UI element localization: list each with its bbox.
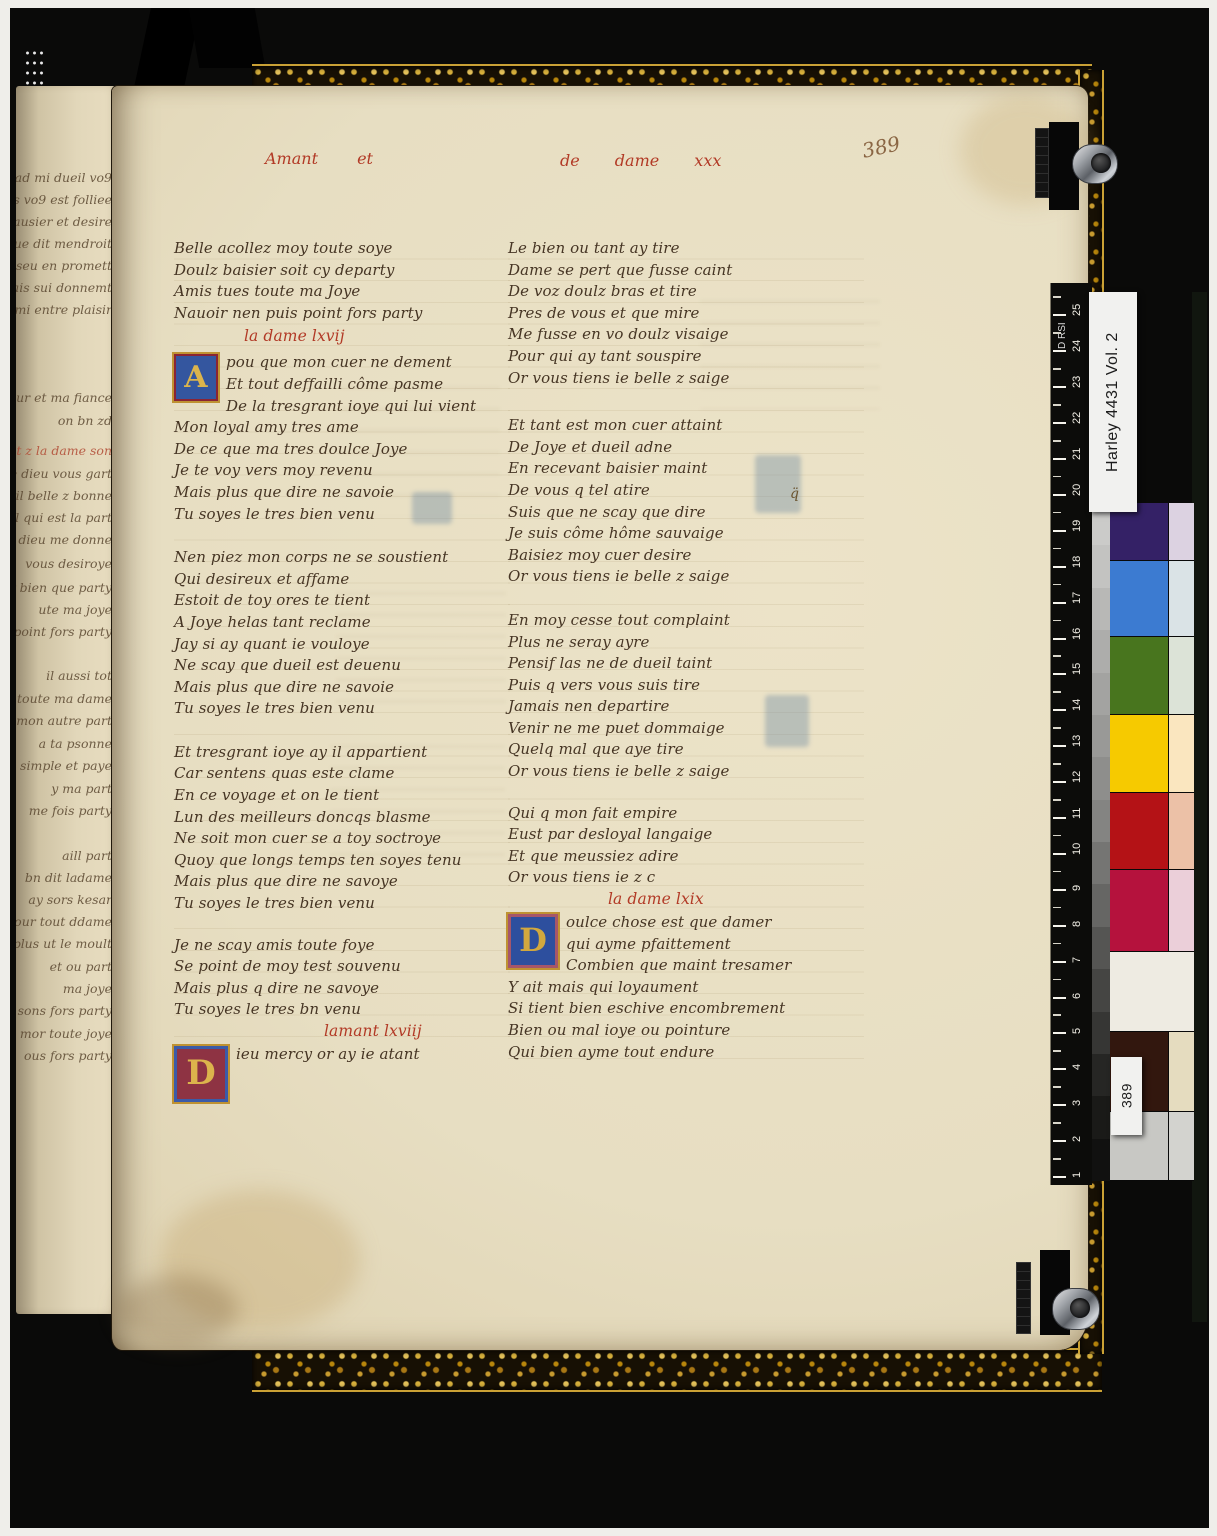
stanza: Nen piez mon corps ne se soustientQui de… xyxy=(174,547,504,720)
grayscale-strip xyxy=(1092,503,1110,1181)
stanza: Le bien ou tant ay tireDame se pert que … xyxy=(508,238,868,389)
color-patch xyxy=(1110,561,1168,636)
stanza: Et tresgrant ioye ay il appartientCar se… xyxy=(174,742,504,915)
facing-fragment-line: ers mon cuer quad mi dueil vo9 xyxy=(16,170,112,186)
grayscale-step xyxy=(1092,1054,1110,1096)
ruler-top-label: D RSI xyxy=(1057,289,1068,349)
ruler-tick xyxy=(1053,602,1066,604)
verse-line: Le bien ou tant ay tire xyxy=(508,238,868,260)
verse-line: Venir ne me puet dommaige xyxy=(508,718,868,740)
ruler-halftick xyxy=(1053,1158,1061,1160)
ruler-halftick xyxy=(1053,548,1061,550)
ruler-number: 5 xyxy=(1071,1014,1085,1034)
facing-fragment-line: ay sors kesar xyxy=(28,892,112,908)
facing-page-fragments: ers mon cuer quad mi dueil vo9rtes vo9 e… xyxy=(16,86,118,1314)
facing-fragment-line: mor toute joye xyxy=(20,1026,112,1042)
verse-line: Jamais nen departire xyxy=(508,696,868,718)
verse-line: Qui bien ayme tout endure xyxy=(508,1042,868,1064)
verse-line: Quoy que longs temps ten soyes tenu xyxy=(174,850,504,872)
verse-line: Eust par desloyal langaige xyxy=(508,824,868,846)
ruler-number: 9 xyxy=(1071,871,1085,891)
ruler: D RSI 1234567891011121314151617181920212… xyxy=(1050,283,1092,1185)
stanza: Et tant est mon cuer attaintDe Joye et d… xyxy=(508,415,868,588)
clip-tag-strip-bottom xyxy=(1016,1262,1031,1334)
color-chart-row xyxy=(1110,715,1194,793)
ruler-tick xyxy=(1053,386,1066,388)
ruler-number: 1 xyxy=(1071,1158,1085,1178)
ruler-halftick xyxy=(1053,835,1061,837)
rubric: la dame lxvij xyxy=(244,326,504,347)
facing-fragment-line: vous desiroye xyxy=(25,556,112,572)
rubric: la dame lxix xyxy=(608,889,868,910)
facing-fragment-line: r vous est il belle z bonne xyxy=(16,488,112,504)
facing-fragment-line: ne al qui est la part xyxy=(16,510,112,526)
verse-line: Suis que ne scay que dire xyxy=(508,502,868,524)
verse-line: Mon loyal amy tres ame xyxy=(174,417,504,439)
ruler-tick xyxy=(1053,458,1066,460)
verse-line: Baisiez moy cuer desire xyxy=(508,545,868,567)
verse-line: Et que meussiez adire xyxy=(508,846,868,868)
verse-line: De ce que ma tres doulce Joye xyxy=(174,439,504,461)
ruler-halftick xyxy=(1053,763,1061,765)
ruler-tick xyxy=(1053,817,1066,819)
verse-line: Je ne scay amis toute foye xyxy=(174,935,504,957)
verse-line: En ce voyage et on le tient xyxy=(174,785,504,807)
facing-fragment-line: ous sons fors party xyxy=(16,1003,112,1019)
facing-fragment-line: ay aun toute ma dame xyxy=(16,691,112,707)
grayscale-step xyxy=(1092,715,1110,757)
color-patch xyxy=(1110,715,1168,792)
ruler-halftick xyxy=(1053,871,1061,873)
dark-velvet-strip xyxy=(1192,292,1207,1322)
ruler-halftick xyxy=(1053,476,1061,478)
manuscript-photo: ers mon cuer quad mi dueil vo9rtes vo9 e… xyxy=(0,0,1217,1536)
grayscale-step xyxy=(1092,630,1110,672)
ruler-halftick xyxy=(1053,1086,1061,1088)
stanza: Qui q mon fait empireEust par desloyal l… xyxy=(508,803,868,889)
verse-line: Si tient bien eschive encombrement xyxy=(508,998,868,1020)
verse-line: Qui desireux et affame xyxy=(174,569,504,591)
ruler-halftick xyxy=(1053,943,1061,945)
color-patch xyxy=(1110,870,1168,951)
ruler-number: 21 xyxy=(1071,440,1085,460)
facing-page-edge: ers mon cuer quad mi dueil vo9rtes vo9 e… xyxy=(16,86,118,1314)
ruler-tick xyxy=(1053,1140,1066,1142)
verse-line: Y ait mais qui loyaument xyxy=(508,977,868,999)
stanza: Apou que mon cuer ne dementEt tout deffa… xyxy=(174,352,504,525)
facing-fragment-line: plus ut le moult xyxy=(16,936,112,952)
facing-fragment-line: ma joye xyxy=(63,981,112,997)
facing-fragment-line: ue dit mendroit xyxy=(16,236,112,252)
ruler-tick xyxy=(1053,494,1066,496)
ruler-number: 4 xyxy=(1071,1050,1085,1070)
ruler-halftick xyxy=(1053,368,1061,370)
verse-line: Pour qui ay tant souspire xyxy=(508,346,868,368)
verse-line: Doulz baisier soit cy departy xyxy=(174,260,504,282)
ruler-halftick xyxy=(1053,907,1061,909)
verse-line: Jay si ay quant ie vouloye xyxy=(174,634,504,656)
ruler-tick xyxy=(1053,422,1066,424)
ruler-number: 6 xyxy=(1071,979,1085,999)
verse-line: Belle acollez moy toute soye xyxy=(174,238,504,260)
left-column: Belle acollez moy toute soyeDoulz baisie… xyxy=(174,238,504,1104)
facing-fragment-line: ute ma joye xyxy=(38,602,112,618)
grayscale-step xyxy=(1092,1139,1110,1181)
ruler-number: 18 xyxy=(1071,548,1085,568)
ruler-number: 19 xyxy=(1071,512,1085,532)
stanza: En moy cesse tout complaintPlus ne seray… xyxy=(508,610,868,783)
verse-line: Pensif las ne de dueil taint xyxy=(508,653,868,675)
gutter-shadow-stain xyxy=(118,1275,238,1345)
color-tint-patch xyxy=(1168,793,1194,869)
gold-border-bottom xyxy=(252,1348,1102,1392)
grayscale-step xyxy=(1092,969,1110,1011)
verse-line: qui ayme pfaittement xyxy=(508,934,868,956)
ruler-tick xyxy=(1053,638,1066,640)
verse-line: En moy cesse tout complaint xyxy=(508,610,868,632)
ruler-halftick xyxy=(1053,332,1061,334)
verse-line: Tu soyes le tres bien venu xyxy=(174,504,504,526)
color-tint-patch xyxy=(1168,870,1194,951)
verse-line: A Joye helas tant reclame xyxy=(174,612,504,634)
facing-fragment-line: le dame dieu vous gart xyxy=(16,466,112,482)
facing-fragment-line: bn dit ladame xyxy=(25,870,112,886)
verse-line: Lun des meilleurs doncqs blasme xyxy=(174,807,504,829)
verse-line: Nauoir nen puis point fors party xyxy=(174,303,504,325)
stanza: Belle acollez moy toute soyeDoulz baisie… xyxy=(174,238,504,324)
verse-line: Mais plus q dire ne savoye xyxy=(174,978,504,1000)
color-patch xyxy=(1110,793,1168,869)
ruler-number: 7 xyxy=(1071,943,1085,963)
ruler-number: 12 xyxy=(1071,763,1085,783)
folio-tag-text: 389 xyxy=(1111,1057,1142,1135)
grayscale-step xyxy=(1092,545,1110,587)
verse-line: Quelq mal que aye tire xyxy=(508,739,868,761)
facing-fragment-line: mon autre part xyxy=(16,713,112,729)
ruler-halftick xyxy=(1053,727,1061,729)
facing-fragment-line: uis point fors party xyxy=(16,624,112,640)
facing-fragment-line: me fois party xyxy=(29,803,112,819)
page-clip-bottom-hole xyxy=(1070,1298,1090,1318)
stanza: Doulce chose est que damerqui ayme pfait… xyxy=(508,912,868,1063)
facing-fragment-line: aill part xyxy=(62,848,112,864)
color-patch xyxy=(1110,637,1168,714)
ruler-halftick xyxy=(1053,440,1061,442)
verse-line: En recevant baisier maint xyxy=(508,458,868,480)
facing-fragment-line: or bien que party xyxy=(16,580,112,596)
verse-line: De voz doulz bras et tire xyxy=(508,281,868,303)
verse-line: Plus ne seray ayre xyxy=(508,632,868,654)
clip-tag-strip-top xyxy=(1035,128,1049,198)
verse-line: Et tout deffailli côme pasme xyxy=(174,374,504,396)
verse-line: De Joye et dueil adne xyxy=(508,437,868,459)
facing-fragment-line: ous fors party xyxy=(24,1048,112,1064)
ruler-tick xyxy=(1053,781,1066,783)
facing-fragment-line: et ou part xyxy=(50,959,112,975)
ruler-number: 15 xyxy=(1071,655,1085,675)
color-chart-row xyxy=(1110,637,1194,715)
facing-fragment-line: ia mais sui donnemt xyxy=(16,280,112,296)
verse-line: Pres de vous et que mire xyxy=(508,303,868,325)
ruler-tick xyxy=(1053,709,1066,711)
color-chart-row xyxy=(1110,870,1194,952)
grayscale-step xyxy=(1092,927,1110,969)
facing-fragment-line: a dieu seu en promett xyxy=(16,258,112,274)
ruler-number: 8 xyxy=(1071,907,1085,927)
illuminated-initial: D xyxy=(508,914,558,968)
verse-line: Se point de moy test souvenu xyxy=(174,956,504,978)
grayscale-step xyxy=(1092,884,1110,926)
verse-line: Qui q mon fait empire xyxy=(508,803,868,825)
verse-line: Combien que maint tresamer xyxy=(508,955,868,977)
grayscale-step xyxy=(1092,800,1110,842)
ruler-tick xyxy=(1053,745,1066,747)
verse-line: oulce chose est que damer xyxy=(508,912,868,934)
running-title-left: Amant et xyxy=(265,149,373,169)
ruler-number: 22 xyxy=(1071,404,1085,424)
shelfmark-label: Harley 4431 Vol. 2 xyxy=(1089,292,1137,512)
grayscale-step xyxy=(1092,1012,1110,1054)
verse-line: Je suis côme hôme sauvaige xyxy=(508,523,868,545)
ruler-halftick xyxy=(1053,620,1061,622)
ruler-halftick xyxy=(1053,404,1061,406)
verse-line: Mais plus que dire ne savoye xyxy=(174,871,504,893)
rubric: lamant lxviij xyxy=(324,1021,504,1042)
ruler-number: 10 xyxy=(1071,835,1085,855)
facing-fragment-line: mour tout ddame xyxy=(16,914,112,930)
binding-strap-top-left-2 xyxy=(189,8,266,68)
facing-fragment-line: y ma part xyxy=(51,781,112,797)
marginal-mark: q̈ xyxy=(790,486,799,502)
ruler-halftick xyxy=(1053,1014,1061,1016)
ruler-number: 23 xyxy=(1071,368,1085,388)
grayscale-step xyxy=(1092,842,1110,884)
facing-fragment-line: a ta psonne xyxy=(39,736,112,752)
grayscale-step xyxy=(1092,1096,1110,1138)
grayscale-step xyxy=(1092,757,1110,799)
page-clip-top-hole xyxy=(1091,153,1111,173)
verse-line: Mais plus que dire ne savoie xyxy=(174,677,504,699)
color-tint-patch xyxy=(1168,503,1194,560)
facing-fragment-line: on bn zd xyxy=(58,413,112,429)
color-chart-row xyxy=(1110,952,1194,1032)
ruler-tick xyxy=(1053,853,1066,855)
verse-line: Tu soyes le tres bien venu xyxy=(174,893,504,915)
ruler-number: 20 xyxy=(1071,476,1085,496)
illuminated-initial: A xyxy=(174,354,218,401)
folio-tag-label: 389 xyxy=(1111,1057,1142,1135)
verse-line: Je te voy vers moy revenu xyxy=(174,460,504,482)
ruler-halftick xyxy=(1053,799,1061,801)
verse-line: Estoit de toy ores te tient xyxy=(174,590,504,612)
ruler-tick xyxy=(1053,350,1066,352)
verse-line: De la tresgrant ioye qui lui vient xyxy=(174,396,504,418)
ruler-halftick xyxy=(1053,979,1061,981)
ruler-tick xyxy=(1053,1104,1066,1106)
verse-line: Dame se pert que fusse caint xyxy=(508,260,868,282)
facing-fragment-line: e lausier et desire xyxy=(16,214,112,230)
verse-line: Et tresgrant ioye ay il appartient xyxy=(174,742,504,764)
verse-line: Tu soyes le tres bn venu xyxy=(174,999,504,1021)
right-column: Le bien ou tant ay tireDame se pert que … xyxy=(508,238,868,1063)
color-chart-row xyxy=(1110,793,1194,870)
running-title-right: de dame xxx xyxy=(560,151,721,171)
ruler-number: 16 xyxy=(1071,620,1085,640)
verse-line: Mais plus que dire ne savoie xyxy=(174,482,504,504)
verse-line: Me fusse en vo doulz visaige xyxy=(508,324,868,346)
ruler-number: 14 xyxy=(1071,691,1085,711)
ruler-halftick xyxy=(1053,512,1061,514)
ruler-halftick xyxy=(1053,584,1061,586)
verse-line: Nen piez mon corps ne se soustient xyxy=(174,547,504,569)
ruler-number: 13 xyxy=(1071,727,1085,747)
verse-line: Bien ou mal ioye ou pointure xyxy=(508,1020,868,1042)
verse-line: Ne soit mon cuer se a toy soctroye xyxy=(174,828,504,850)
verse-line: Tu soyes le tres bien venu xyxy=(174,698,504,720)
illuminated-initial: D xyxy=(174,1046,228,1102)
grayscale-step xyxy=(1092,588,1110,630)
ruler-tick xyxy=(1053,1032,1066,1034)
color-chart-row xyxy=(1110,561,1194,637)
ruler-tick xyxy=(1053,530,1066,532)
color-patch xyxy=(1110,952,1194,1031)
facing-fragment-line: il aussi tot xyxy=(46,668,112,684)
color-tint-patch xyxy=(1168,715,1194,792)
verse-line: Et tant est mon cuer attaint xyxy=(508,415,868,437)
ruler-tick xyxy=(1053,314,1066,316)
color-tint-patch xyxy=(1168,561,1194,636)
verse-line: Ne scay que dueil est deuenu xyxy=(174,655,504,677)
verse-line: Or vous tiens ie belle z saige xyxy=(508,761,868,783)
color-tint-patch xyxy=(1168,1032,1194,1111)
stanza: Dieu mercy or ay ie atant xyxy=(174,1044,504,1104)
color-tint-patch xyxy=(1168,637,1194,714)
verse-line: De vous q tel atire xyxy=(508,480,868,502)
verse-line: Amis tues toute ma Joye xyxy=(174,281,504,303)
stanza: Je ne scay amis toute foyeSe point de mo… xyxy=(174,935,504,1021)
ruler-tick xyxy=(1053,925,1066,927)
facing-fragment-line: mamour et ma fiance xyxy=(16,390,112,406)
verse-line: Car sentens quas este clame xyxy=(174,763,504,785)
verse-line: Or vous tiens ie belle z saige xyxy=(508,566,868,588)
verse-line: Puis q vers vous suis tire xyxy=(508,675,868,697)
ruler-tick xyxy=(1053,961,1066,963)
ruler-halftick xyxy=(1053,296,1061,298)
ruler-halftick xyxy=(1053,655,1061,657)
shelfmark-label-text: Harley 4431 Vol. 2 xyxy=(1089,292,1137,512)
ruler-tick xyxy=(1053,889,1066,891)
ruler-number: 3 xyxy=(1071,1086,1085,1106)
ruler-number: 17 xyxy=(1071,584,1085,604)
facing-fragment-line: n que dieu me donne xyxy=(16,532,112,548)
ruler-number: 11 xyxy=(1071,799,1085,819)
ruler-number: 24 xyxy=(1071,332,1085,352)
ruler-number: 25 xyxy=(1071,296,1085,316)
ruler-halftick xyxy=(1053,691,1061,693)
ruler-tick xyxy=(1053,673,1066,675)
ruler-halftick xyxy=(1053,1050,1061,1052)
ruler-tick xyxy=(1053,566,1066,568)
ruler-tick xyxy=(1053,997,1066,999)
verse-line: Or vous tiens ie belle z saige xyxy=(508,368,868,390)
facing-fragment-line: simple et paye xyxy=(20,758,112,774)
facing-fragment-line: h mi entre plaisir xyxy=(16,302,112,318)
facing-fragment-line: rtes vo9 est folliee xyxy=(16,192,112,208)
facing-fragment-line: Lamant z la dame son xyxy=(16,443,112,459)
ruler-tick xyxy=(1053,1068,1066,1070)
ruler-tick xyxy=(1053,1176,1066,1178)
ruler-number: 2 xyxy=(1071,1122,1085,1142)
grayscale-step xyxy=(1092,673,1110,715)
ruler-halftick xyxy=(1053,1122,1061,1124)
color-tint-patch xyxy=(1168,1112,1194,1180)
verse-line: Or vous tiens ie z c xyxy=(508,867,868,889)
verse-line: pou que mon cuer ne dement xyxy=(174,352,504,374)
